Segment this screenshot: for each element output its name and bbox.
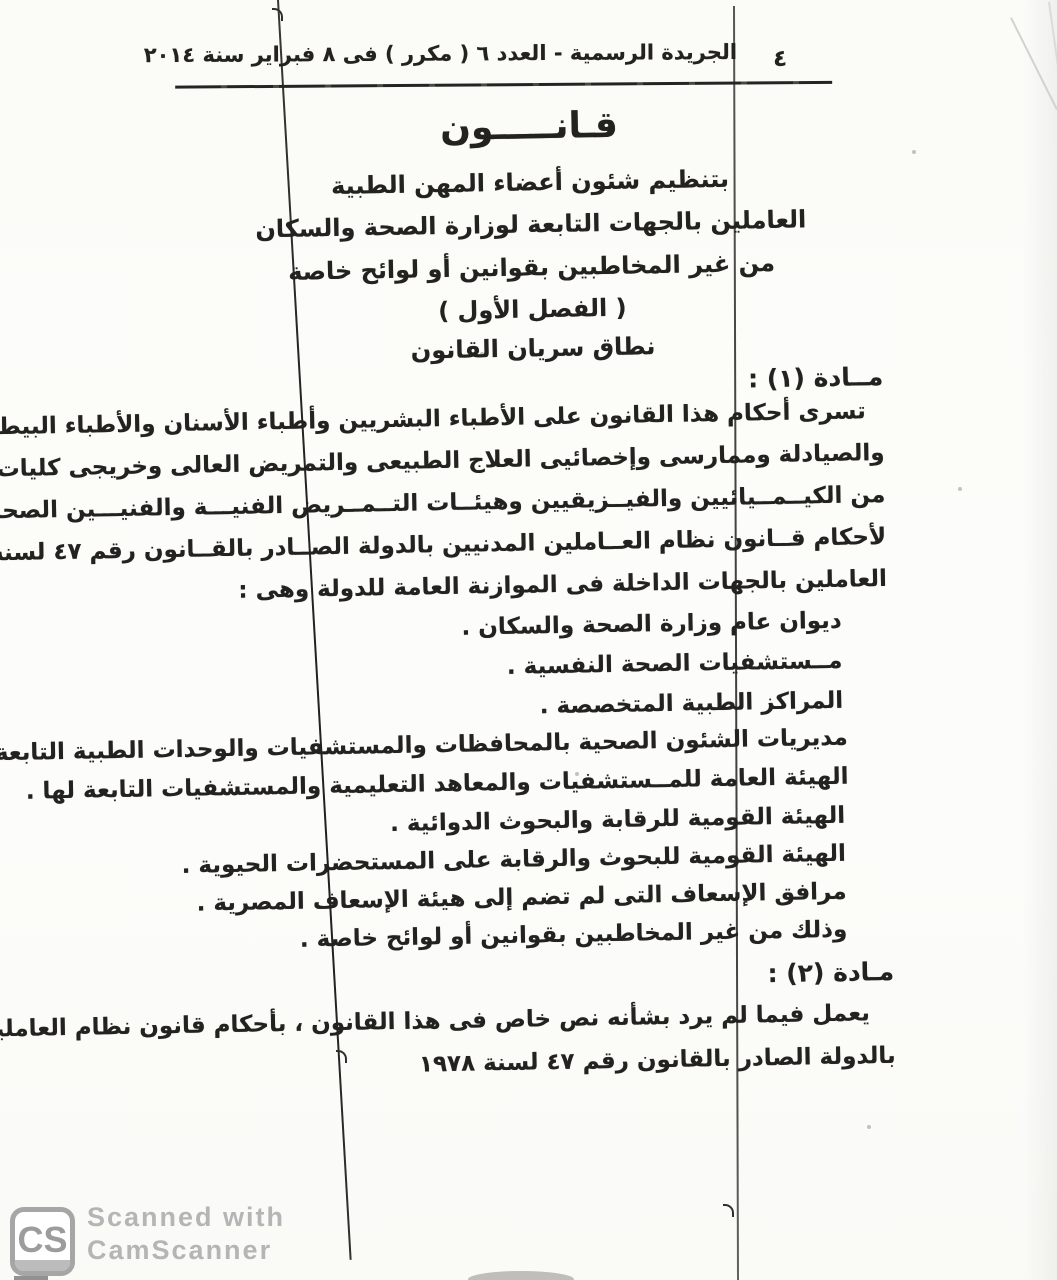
camscanner-watermark: CS Scanned with CamScanner — [0, 1190, 340, 1280]
article-1-line: لأحكام قــانون نظام العــاملين المدنيين … — [0, 524, 886, 568]
speckle — [867, 1125, 871, 1129]
law-title: قـانـــــون — [179, 100, 879, 154]
chapter-heading: ( الفصل الأول ) — [183, 289, 882, 330]
article-1-list-item: الهيئة العامة للمــستشفيات والمعاهد التع… — [26, 764, 849, 805]
article-1-line: من الكيــمــيائيين والفيــزيقيين وهيئــا… — [0, 482, 886, 527]
watermark-bottom-strip — [14, 1276, 48, 1280]
article-1-list-item: ديوان عام وزارة الصحة والسكان . — [461, 608, 842, 641]
law-subtitle-line-1: بتنظيم شئون أعضاء المهن الطبية — [180, 162, 879, 203]
law-text-block: قـانـــــون بتنظيم شئون أعضاء المهن الطب… — [179, 95, 896, 1108]
watermark-text-line-2: CamScanner — [87, 1235, 272, 1266]
article-1-list-item: مديريات الشئون الصحية بالمحافظات والمستش… — [0, 725, 848, 768]
article-1-list-item: مرافق الإسعاف التى لم تضم إلى هيئة الإسع… — [196, 879, 846, 917]
page-number: ٤ — [773, 46, 787, 72]
section-heading: نطاق سريان القانون — [183, 328, 882, 369]
article-2-line: بالدولة الصادر بالقانون رقم ٤٧ لسنة ١٩٧٨ — [419, 1043, 896, 1078]
camscanner-logo-letters: CS — [15, 1219, 70, 1261]
camscanner-logo-icon: CS — [10, 1207, 75, 1276]
article-1-line: العاملين بالجهات الداخلة فى الموازنة الع… — [238, 566, 887, 604]
camscanner-logo-strip — [15, 1260, 70, 1271]
watermark-text-line-1: Scanned with — [87, 1202, 285, 1233]
article-1-list-item: الهيئة القومية للبحوث والرقابة على المست… — [181, 841, 846, 879]
speckle — [912, 150, 916, 154]
journal-title-line: الجريدة الرسمية - العدد ٦ ( مكرر ) فى ٨ … — [144, 40, 737, 67]
article-1-list-item: الهيئة القومية للرقابة والبحوث الدوائية … — [390, 803, 846, 837]
article-1-list-item: مــستشفيات الصحة النفسية . — [507, 648, 843, 680]
article-1-line: تسرى أحكام هذا القانون على الأطباء البشر… — [0, 398, 866, 441]
scan-mark — [723, 1204, 734, 1217]
scanned-document-page: الجريدة الرسمية - العدد ٦ ( مكرر ) فى ٨ … — [0, 0, 1057, 1280]
article-1-list-item: المراكز الطبية المتخصصة . — [540, 688, 844, 720]
law-subtitle-line-2: العاملين بالجهات التابعة لوزارة الصحة وا… — [181, 204, 880, 245]
article-2-line: يعمل فيما لم يرد بشأنه نص خاص فى هذا الق… — [0, 1000, 870, 1044]
page-header: الجريدة الرسمية - العدد ٦ ( مكرر ) فى ٨ … — [0, 0, 1057, 104]
speckle — [958, 487, 962, 491]
article-1-heading: مــادة (١) : — [748, 362, 884, 393]
article-2-heading: مـادة (٢) : — [767, 957, 894, 988]
bottom-smudge — [468, 1271, 574, 1280]
header-rule — [175, 81, 832, 89]
law-subtitle-line-3: من غير المخاطبين بقوانين أو لوائح خاصة — [182, 247, 881, 288]
right-edge-shadow — [1023, 0, 1057, 1280]
article-1-line: والصيادلة وممارسى وإخصائيى العلاج الطبيع… — [0, 440, 885, 484]
article-1-list-item: وذلك من غير المخاطبين بقوانين أو لوائح خ… — [300, 917, 848, 953]
